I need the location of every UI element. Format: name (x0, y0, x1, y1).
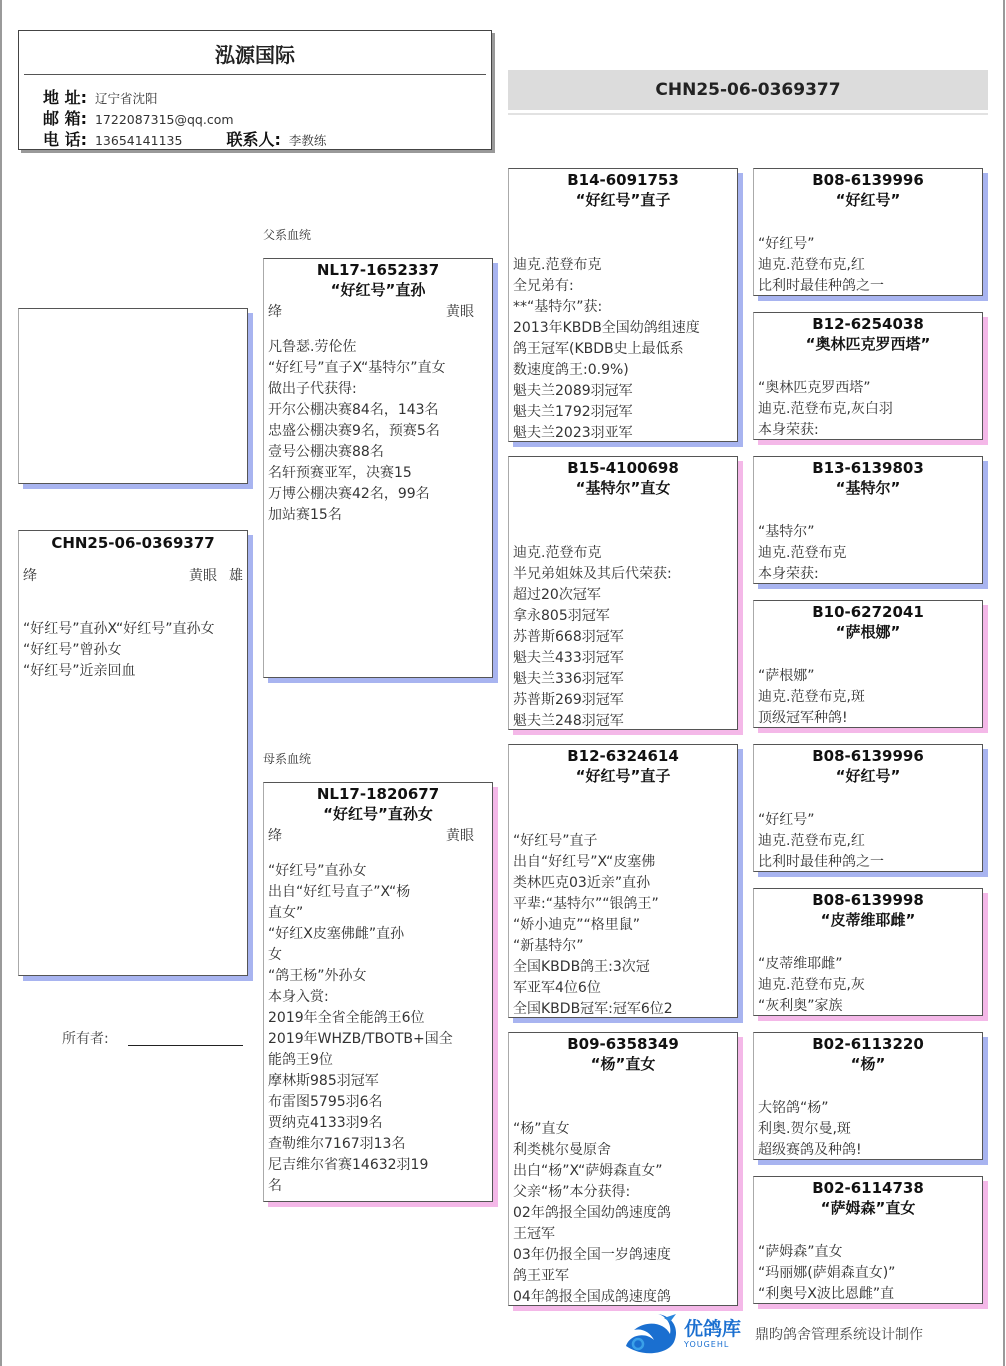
address-row: 地 址: 辽宁省沈阳 (43, 85, 157, 108)
page-border-right (1003, 0, 1005, 1366)
subject-color: 绛 (23, 565, 189, 587)
great-grandparent-card: B12-6254038 “奥林匹克罗西塔” “奥林匹克罗西塔” 迪克.范登布克,… (753, 312, 983, 440)
note-line: 2019年WHZB/TBOTB+国全 (268, 1029, 488, 1050)
banner-divider (508, 113, 988, 115)
phone-row: 电 话: 13654141135 联系人: 李教练 (43, 127, 326, 150)
subject-sex: 雄 (229, 565, 243, 587)
pigeon-ring: B08-6139996 (754, 170, 982, 190)
note-line: “好红号”曾孙女 (23, 640, 243, 661)
pigeon-notes: “萨姆森”直女 “玛丽娜(萨娟森直女)” “利奥号X波比恩雌”直 (754, 1242, 982, 1304)
note-line: 超过20次冠军 (513, 585, 733, 606)
note-line: “利奥号X波比恩雌”直 (758, 1284, 978, 1304)
header-divider (24, 74, 486, 75)
note-line: 万博公棚决赛42名，99名 (268, 484, 488, 505)
pigeon-name: “杨” (754, 1054, 982, 1075)
note-line: 做出子代获得: (268, 379, 488, 400)
pigeon-notes: “好红号” 迪克.范登布克,红 比利时最佳种鸽之一 (754, 810, 982, 872)
note-line: “好红号” (758, 234, 978, 255)
phone-value: 13654141135 (95, 133, 182, 148)
note-line: “皮蒂维耶雌” (758, 954, 978, 975)
note-line: 尼吉维尔省赛14632羽19 (268, 1155, 488, 1176)
pigeon-ring: B08-6139998 (754, 890, 982, 910)
note-line: 父亲“杨”本分获得: (513, 1182, 733, 1203)
note-line: 04年鸽报全国成鸽速度鸽 (513, 1287, 733, 1306)
sire-line-label: 父系血统 (263, 226, 311, 243)
note-line: 魁夫兰1792羽冠军 (513, 402, 733, 423)
email-row: 邮 箱: 1722087315@qq.com (43, 106, 234, 129)
note-line: 迪克.范登布克,灰 (758, 975, 978, 996)
pigeon-name: “好红号” (754, 190, 982, 211)
subject-ring: CHN25-06-0369377 (19, 533, 247, 553)
sire-ring: NL17-1652337 (264, 260, 492, 280)
dam-ring: NL17-1820677 (264, 784, 492, 804)
note-line: 出自“好红号”X“皮塞佛 (513, 852, 733, 873)
address-label: 地 址: (43, 88, 87, 107)
note-line: 2019年全省全能鸽王6位 (268, 1008, 488, 1029)
note-line: 军亚军4位6位 (513, 978, 733, 999)
note-line: “鸽王杨”外孙女 (268, 966, 488, 987)
loft-name: 泓源国际 (19, 39, 491, 68)
note-line: 本身入赏: (268, 987, 488, 1008)
pigeon-name: “好红号”直子 (509, 766, 737, 787)
note-line: 忠盛公棚决赛9名，预赛5名 (268, 421, 488, 442)
pigeon-notes: 迪克.范登布克 全兄弟有: **“基特尔”获: 2013年KBDB全国幼鸽组速度… (509, 255, 737, 442)
note-line: 魁夫兰336羽冠军 (513, 669, 733, 690)
note-line: 查勒维尔7167羽13名 (268, 1134, 488, 1155)
note-line: 利类桃尔曼原舍 (513, 1140, 733, 1161)
note-line: 开尔公棚决赛84名，143名 (268, 400, 488, 421)
pigeon-name: “杨”直女 (509, 1054, 737, 1075)
note-line: 02年鸽报全国幼鸽速度鸽 (513, 1203, 733, 1224)
pigeon-name: “好红号”直子 (509, 190, 737, 211)
note-line: 鸽王冠军(KBDB史上最低系 (513, 339, 733, 360)
note-line: “萨姆森”直女 (758, 1242, 978, 1263)
pigeon-ring: B14-6091753 (509, 170, 737, 190)
note-line: 出自“好红号直子”X“杨 (268, 882, 488, 903)
note-line: 03年仍报全国一岁鸽速度 (513, 1245, 733, 1266)
note-line: “玛丽娜(萨娟森直女)” (758, 1263, 978, 1284)
subject-attrs: 绛 黄眼 雄 (19, 565, 247, 587)
logo-text-en: YOUGEHL (684, 1340, 741, 1350)
pigeon-name: “萨姆森”直女 (754, 1198, 982, 1219)
note-line: “基特尔” (758, 522, 978, 543)
note-line: 魁夫兰2023羽亚军 (513, 423, 733, 442)
great-grandparent-card: B02-6113220 “杨” 大铭鸽“杨” 利奥.贺尔曼,斑 超级赛鸽及种鸽! (753, 1032, 983, 1160)
note-line: 迪克.范登布克,红 (758, 255, 978, 276)
dam-attrs: 绛 黄眼 (264, 825, 492, 847)
dam-color: 绛 (268, 825, 282, 847)
pigeon-ring-banner: CHN25-06-0369377 (508, 70, 988, 110)
pigeon-ring: B12-6254038 (754, 314, 982, 334)
note-line: 拿永805羽冠军 (513, 606, 733, 627)
note-line: “娇小迪克”“格里鼠” (513, 915, 733, 936)
note-line: “奥林匹克罗西塔” (758, 378, 978, 399)
subject-notes: “好红号”直孙X“好红号”直孙女 “好红号”曾孙女 “好红号”近亲回血 (19, 619, 247, 682)
page-border-left (0, 0, 2, 1366)
note-line: 本身荣获: (758, 420, 978, 440)
pigeon-notes: “好红号”直子 出自“好红号”X“皮塞佛 类林匹克03近亲”直孙 平辈:“基特尔… (509, 831, 737, 1018)
dam-eye: 黄眼 (446, 825, 474, 847)
photo-box (18, 308, 248, 484)
note-line: 数速度鸽王:0.9%) (513, 360, 733, 381)
note-line: 超级赛鸽及种鸽! (758, 1140, 978, 1160)
pigeon-name: “萨根娜” (754, 622, 982, 643)
sire-attrs: 绛 黄眼 (264, 301, 492, 323)
dam-card: NL17-1820677 “好红号”直孙女 绛 黄眼 “好红号”直孙女 出自“好… (263, 782, 493, 1202)
phone-label: 电 话: (43, 130, 87, 149)
pigeon-notes: “基特尔” 迪克.范登布克 本身荣获: (754, 522, 982, 584)
contact-value: 李教练 (289, 133, 327, 148)
note-line: 类林匹克03近亲”直孙 (513, 873, 733, 894)
pigeon-ring: B12-6324614 (509, 746, 737, 766)
note-line: 大铭鸽“杨” (758, 1098, 978, 1119)
note-line: 女 (268, 945, 488, 966)
note-line: “好红号”直子X“基特尔”直女 (268, 358, 488, 379)
great-grandparent-card: B02-6114738 “萨姆森”直女 “萨姆森”直女 “玛丽娜(萨娟森直女)”… (753, 1176, 983, 1304)
subject-eye: 黄眼 (189, 565, 217, 587)
note-line: 魁夫兰248羽冠军 (513, 711, 733, 730)
subject-card: CHN25-06-0369377 绛 黄眼 雄 “好红号”直孙X“好红号”直孙女… (18, 530, 248, 976)
note-line: “杨”直女 (513, 1119, 733, 1140)
pigeon-name: “好红号” (754, 766, 982, 787)
note-line: 贾纳克4133羽9名 (268, 1113, 488, 1134)
pigeon-notes: 大铭鸽“杨” 利奥.贺尔曼,斑 超级赛鸽及种鸽! (754, 1098, 982, 1160)
note-line: 迪克.范登布克,红 (758, 831, 978, 852)
great-grandparent-card: B13-6139803 “基特尔” “基特尔” 迪克.范登布克 本身荣获: (753, 456, 983, 584)
logo-swirl-icon (620, 1312, 680, 1356)
pigeon-notes: “好红号” 迪克.范登布克,红 比利时最佳种鸽之一 (754, 234, 982, 296)
logo: 优鸽库 YOUGEHL (684, 1318, 741, 1350)
note-line: 半兄弟姐妹及其后代荣获: (513, 564, 733, 585)
note-line: 出白“杨”X“萨姆森直女” (513, 1161, 733, 1182)
note-line: “萨根娜” (758, 666, 978, 687)
note-line: 壹号公棚决赛88名 (268, 442, 488, 463)
great-grandparent-card: B08-6139998 “皮蒂维耶雌” “皮蒂维耶雌” 迪克.范登布克,灰 “灰… (753, 888, 983, 1016)
note-line: 迪克.范登布克 (513, 255, 733, 276)
note-line: 全国KBDB冠军:冠军6位2 (513, 999, 733, 1018)
pigeon-ring: B02-6114738 (754, 1178, 982, 1198)
contact-label: 联系人: (226, 130, 280, 149)
pigeon-name: “基特尔” (754, 478, 982, 499)
note-line: 摩林斯985羽冠军 (268, 1071, 488, 1092)
note-line: “新基特尔” (513, 936, 733, 957)
note-line: 凡鲁瑟.劳伦佐 (268, 337, 488, 358)
sire-name: “好红号”直孙 (264, 280, 492, 301)
note-line: “好红号”近亲回血 (23, 661, 243, 682)
note-line: “好红号”直子 (513, 831, 733, 852)
note-line: 直女” (268, 903, 488, 924)
pigeon-notes: 迪克.范登布克 半兄弟姐妹及其后代荣获: 超过20次冠军 拿永805羽冠军 苏普… (509, 543, 737, 730)
pigeon-ring: B15-4100698 (509, 458, 737, 478)
note-line: “好红X皮塞佛雌”直孙 (268, 924, 488, 945)
pigeon-ring: B09-6358349 (509, 1034, 737, 1054)
pigeon-name: “皮蒂维耶雌” (754, 910, 982, 931)
sire-notes: 凡鲁瑟.劳伦佐 “好红号”直子X“基特尔”直女 做出子代获得: 开尔公棚决赛84… (264, 337, 492, 526)
note-line: 加站赛15名 (268, 505, 488, 526)
note-line: 平辈:“基特尔”“银鸽王” (513, 894, 733, 915)
footer: 优鸽库 YOUGEHL 鼎昀鸽舍管理系统设计制作 (620, 1312, 923, 1356)
note-line: 名 (268, 1176, 488, 1197)
note-line: “好红号”直孙女 (268, 861, 488, 882)
sire-color: 绛 (268, 301, 282, 323)
note-line: 名轩预赛亚军，决赛15 (268, 463, 488, 484)
address-value: 辽宁省沈阳 (95, 91, 158, 106)
pigeon-ring: B02-6113220 (754, 1034, 982, 1054)
note-line: 2013年KBDB全国幼鸽组速度 (513, 318, 733, 339)
note-line: 比利时最佳种鸽之一 (758, 852, 978, 872)
note-line: 利奥.贺尔曼,斑 (758, 1119, 978, 1140)
owner-label: 所有者: (62, 1028, 109, 1048)
loft-info-card: 泓源国际 地 址: 辽宁省沈阳 邮 箱: 1722087315@qq.com 电… (18, 30, 492, 150)
note-line: 全兄弟有: (513, 276, 733, 297)
note-line: 迪克.范登布克,斑 (758, 687, 978, 708)
note-line: “灰利奥”家族 (758, 996, 978, 1016)
pigeon-name: “奥林匹克罗西塔” (754, 334, 982, 355)
email-value: 1722087315@qq.com (95, 112, 234, 127)
note-line: 苏普斯668羽冠军 (513, 627, 733, 648)
sire-eye: 黄眼 (446, 301, 474, 323)
great-grandparent-card: B08-6139996 “好红号” “好红号” 迪克.范登布克,红 比利时最佳种… (753, 168, 983, 296)
email-label: 邮 箱: (43, 109, 87, 128)
note-line: 迪克.范登布克 (758, 543, 978, 564)
note-line: 顶级冠军种鸽! (758, 708, 978, 728)
note-line: 迪克.范登布克,灰白羽 (758, 399, 978, 420)
note-line: 鸽王亚军 (513, 1266, 733, 1287)
note-line: 本身荣获: (758, 564, 978, 584)
note-line: “好红号” (758, 810, 978, 831)
pigeon-notes: “杨”直女 利类桃尔曼原舍 出白“杨”X“萨姆森直女” 父亲“杨”本分获得: 0… (509, 1119, 737, 1306)
dam-notes: “好红号”直孙女 出自“好红号直子”X“杨 直女” “好红X皮塞佛雌”直孙 女 … (264, 861, 492, 1197)
footer-credit: 鼎昀鸽舍管理系统设计制作 (755, 1324, 923, 1344)
pigeon-notes: “奥林匹克罗西塔” 迪克.范登布克,灰白羽 本身荣获: (754, 378, 982, 440)
granddam-maternal-card: B09-6358349 “杨”直女 “杨”直女 利类桃尔曼原舍 出白“杨”X“萨… (508, 1032, 738, 1306)
great-grandparent-card: B08-6139996 “好红号” “好红号” 迪克.范登布克,红 比利时最佳种… (753, 744, 983, 872)
note-line: 布雷图5795羽6名 (268, 1092, 488, 1113)
pigeon-ring: B10-6272041 (754, 602, 982, 622)
dam-line-label: 母系血统 (263, 750, 311, 767)
pigeon-name: “基特尔”直女 (509, 478, 737, 499)
note-line: 比利时最佳种鸽之一 (758, 276, 978, 296)
note-line: 魁夫兰433羽冠军 (513, 648, 733, 669)
pigeon-ring: B13-6139803 (754, 458, 982, 478)
note-line: 迪克.范登布克 (513, 543, 733, 564)
pigeon-ring: B08-6139996 (754, 746, 982, 766)
granddam-paternal-card: B15-4100698 “基特尔”直女 迪克.范登布克 半兄弟姐妹及其后代荣获:… (508, 456, 738, 730)
pigeon-notes: “萨根娜” 迪克.范登布克,斑 顶级冠军种鸽! (754, 666, 982, 728)
great-grandparent-card: B10-6272041 “萨根娜” “萨根娜” 迪克.范登布克,斑 顶级冠军种鸽… (753, 600, 983, 728)
note-line: 魁夫兰2089羽冠军 (513, 381, 733, 402)
grandsire-maternal-card: B12-6324614 “好红号”直子 “好红号”直子 出自“好红号”X“皮塞佛… (508, 744, 738, 1018)
pigeon-notes: “皮蒂维耶雌” 迪克.范登布克,灰 “灰利奥”家族 (754, 954, 982, 1016)
grandsire-paternal-card: B14-6091753 “好红号”直子 迪克.范登布克 全兄弟有: **“基特尔… (508, 168, 738, 442)
note-line: 能鸽王9位 (268, 1050, 488, 1071)
owner-signature-line (128, 1045, 243, 1046)
note-line: 全国KBDB鸽王:3次冠 (513, 957, 733, 978)
note-line: 王冠军 (513, 1224, 733, 1245)
sire-card: NL17-1652337 “好红号”直孙 绛 黄眼 凡鲁瑟.劳伦佐 “好红号”直… (263, 258, 493, 678)
logo-text-cn: 优鸽库 (684, 1318, 741, 1340)
note-line: “好红号”直孙X“好红号”直孙女 (23, 619, 243, 640)
note-line: 苏普斯269羽冠军 (513, 690, 733, 711)
note-line: **“基特尔”获: (513, 297, 733, 318)
dam-name: “好红号”直孙女 (264, 804, 492, 825)
